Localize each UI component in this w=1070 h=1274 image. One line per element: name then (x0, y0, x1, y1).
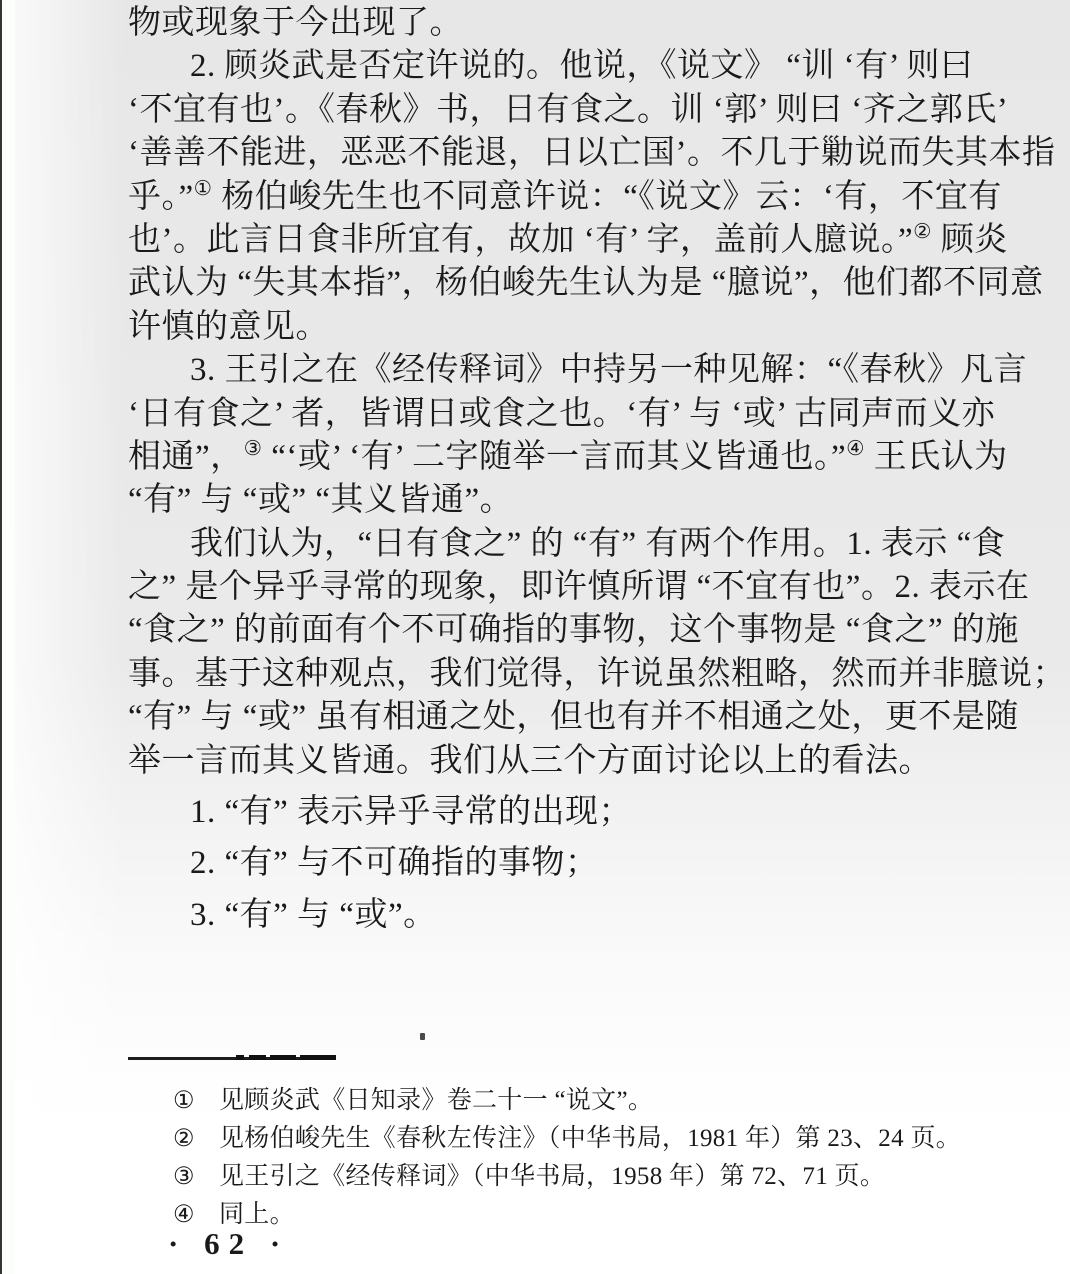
body-line: “食之” 的前面有个不可确指的事物，这个事物是 “食之” 的施 (128, 609, 956, 652)
body-line: 3. “有” 与 “或”。 (128, 894, 956, 937)
footnote-divider-smudge (236, 1055, 336, 1060)
footnote-marker: ② (173, 1121, 205, 1158)
body-line: 3. 王引之在《经传释词》中持另一种见解：“《春秋》凡言 (128, 349, 956, 392)
body-line: “有” 与 “或” 虽有相通之处，但也有并不相通之处，更不是随 (128, 696, 956, 739)
footnote-item: ① 见顾炎武《日知录》卷二十一 “说文”。 (173, 1082, 993, 1120)
body-line: 乎。”① 杨伯峻先生也不同意许说：“《说文》云：‘有，不宜有 (128, 176, 956, 219)
body-line: 物或现象于今出现了。 (128, 2, 956, 45)
footnote-item: ③ 见王引之《经传释词》（中华书局，1958 年）第 72、71 页。 (173, 1158, 993, 1196)
body-line: “有” 与 “或” “其义皆通”。 (128, 479, 956, 522)
footnote-text: 见王引之《经传释词》（中华书局，1958 年）第 72、71 页。 (219, 1158, 885, 1195)
footnote-item: ② 见杨伯峻先生《春秋左传注》（中华书局，1981 年）第 23、24 页。 (173, 1120, 993, 1158)
body-line: 2. “有” 与不可确指的事物； (128, 842, 956, 885)
footnote-marker: ① (173, 1083, 205, 1120)
body-line: 1. “有” 表示异乎寻常的出现； (128, 791, 956, 834)
footnote-text: 见杨伯峻先生《春秋左传注》（中华书局，1981 年）第 23、24 页。 (219, 1120, 961, 1157)
body-text: 物或现象于今出现了。 2. 顾炎武是否定许说的。他说，《说文》 “训 ‘有’ 则… (128, 2, 956, 937)
body-line: 之” 是个异乎寻常的现象，即许慎所谓 “不宜有也”。2. 表示在 (128, 566, 956, 609)
body-line: 武认为 “失其本指”，杨伯峻先生认为是 “臆说”，他们都不同意 (128, 262, 956, 305)
footnote-marker: ③ (173, 1159, 205, 1196)
body-line: 2. 顾炎武是否定许说的。他说，《说文》 “训 ‘有’ 则曰 (128, 45, 956, 88)
footnote-item: ④ 同上。 (173, 1196, 993, 1234)
body-line: 事。基于这种观点，我们觉得，许说虽然粗略，然而并非臆说； (128, 653, 956, 696)
body-line: ‘善善不能进，恶恶不能退，日以亡国’。不几于勦说而失其本指 (128, 132, 956, 175)
body-line: ‘不宜有也’。《春秋》书，日有食之。训 ‘郭’ 则曰 ‘齐之郭氏’ (128, 89, 956, 132)
body-line: 举一言而其义皆通。我们从三个方面讨论以上的看法。 (128, 740, 956, 783)
body-line: 我们认为，“日有食之” 的 “有” 有两个作用。1. 表示 “食 (128, 523, 956, 566)
page-number: · 62 · (168, 1226, 289, 1262)
body-line: ‘日有食之’ 者，皆谓日或食之也。‘有’ 与 ‘或’ 古同声而义亦 (128, 393, 956, 436)
footnote-text: 见顾炎武《日知录》卷二十一 “说文”。 (219, 1082, 653, 1119)
body-line: 相通”，③ “‘或’ ‘有’ 二字随举一言而其义皆通也。”④ 王氏认为 (128, 436, 956, 479)
body-line: 许慎的意见。 (128, 306, 956, 349)
scanned-book-page: 物或现象于今出现了。 2. 顾炎武是否定许说的。他说，《说文》 “训 ‘有’ 则… (0, 0, 1070, 1274)
body-line: 也’。此言日食非所宜有，故加 ‘有’ 字，盖前人臆说。”② 顾炎 (128, 219, 956, 262)
scan-speck (420, 1033, 425, 1040)
footnotes: ① 见顾炎武《日知录》卷二十一 “说文”。 ② 见杨伯峻先生《春秋左传注》（中华… (173, 1082, 993, 1234)
scan-edge-strip (2, 0, 15, 1274)
